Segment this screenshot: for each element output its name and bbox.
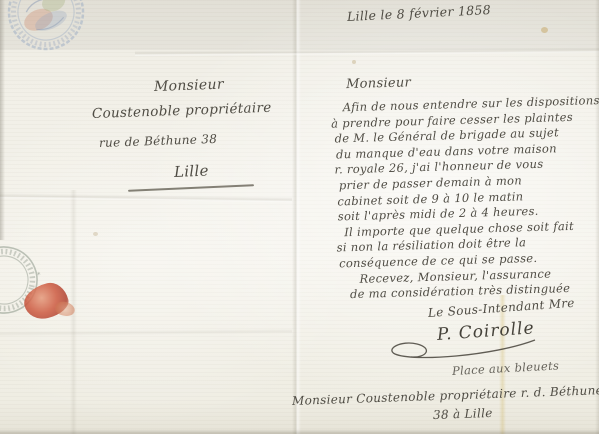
letter-body: Monsieur Afin de nous entendre sur les d… bbox=[330, 70, 591, 303]
address-city: Lille bbox=[174, 161, 209, 180]
fold-crease-horizontal-left bbox=[0, 193, 292, 203]
address-recipient-title: Monsieur bbox=[154, 77, 224, 95]
address-recipient-name: Coustenoble propriétaire bbox=[92, 100, 272, 122]
stain-speck bbox=[352, 60, 356, 64]
bottom-address-line1: Monsieur Coustenoble propriétaire r. d. … bbox=[292, 383, 599, 408]
stain-speck bbox=[93, 232, 98, 236]
stain-speck bbox=[541, 27, 548, 33]
postal-stamp-icon bbox=[0, 0, 92, 64]
salutation: Monsieur bbox=[346, 70, 585, 92]
fold-crease-horizontal-left-2 bbox=[0, 329, 292, 337]
paper-edge-shadow-bottom bbox=[0, 429, 599, 434]
paper-edge-shadow-right bbox=[595, 0, 599, 434]
dateline: Lille le 8 février 1858 bbox=[347, 2, 492, 24]
bottom-address-line2: 38 à Lille bbox=[433, 406, 493, 422]
letter-scan: * Lille le 8 février 1858 Monsieur Coust… bbox=[0, 0, 599, 434]
address-street: rue de Béthune 38 bbox=[99, 132, 218, 150]
address-city-underline bbox=[128, 184, 254, 191]
fold-crease-vertical-center bbox=[292, 0, 301, 434]
fold-crease-horizontal-top bbox=[135, 47, 599, 56]
